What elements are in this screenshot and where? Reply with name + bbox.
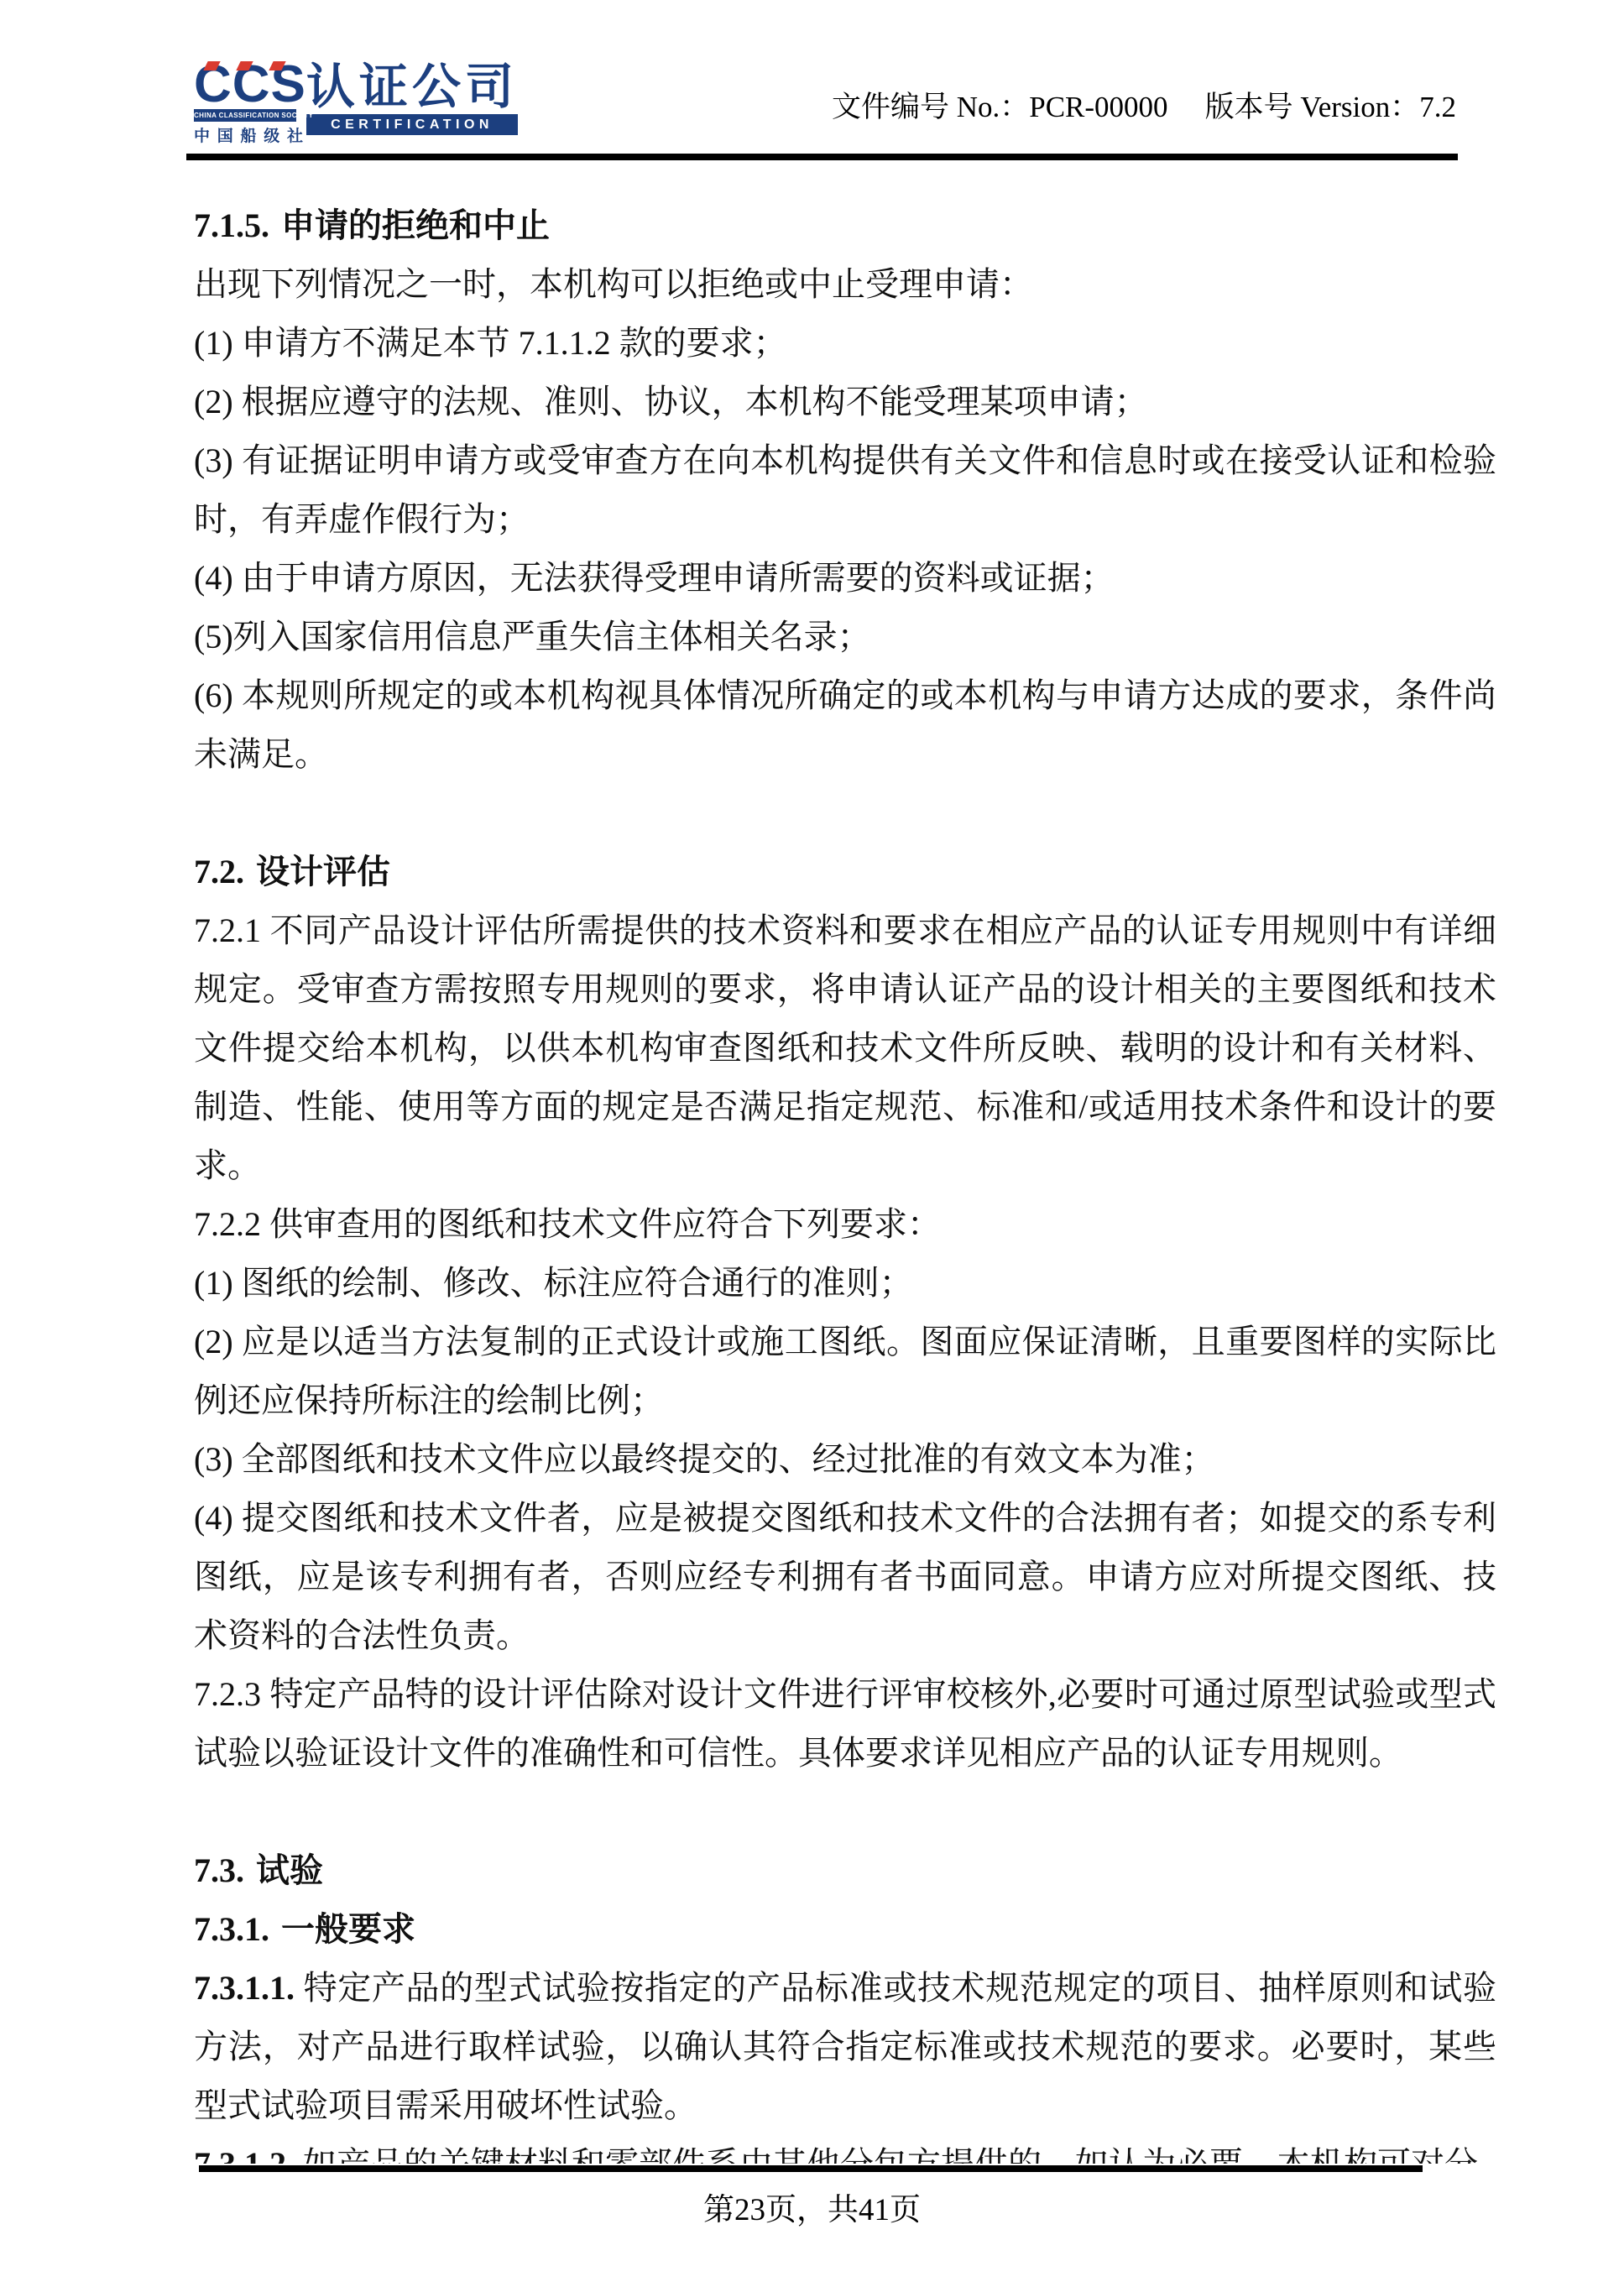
ccs-logo: CCS CHINA CLASSIFICATION SOCIETY 中 国 船 级…	[194, 64, 518, 146]
paragraph-text: (4) 由于申请方原因，无法获得受理申请所需要的资料或证据；	[194, 559, 1115, 597]
paragraph-text: 申请的拒绝和中止	[281, 206, 550, 244]
paragraph: 7.1.5.申请的拒绝和中止	[194, 196, 1496, 255]
paragraph-number: 7.1.5.	[194, 206, 269, 244]
paragraph-text: 一般要求	[281, 1910, 415, 1948]
paragraph-text: 7.2.3 特定产品特的设计评估除对设计文件进行评审校核外,必要时可通过原型试验…	[194, 1675, 1496, 1772]
paragraph: (3) 全部图纸和技术文件应以最终提交的、经过批准的有效文本为准；	[194, 1430, 1496, 1489]
paragraph: 7.3.1.2. 如产品的关键材料和零部件系由其他分包方提供的，如认为必要，本机…	[194, 2135, 1496, 2164]
ccs-logo-left: CCS CHINA CLASSIFICATION SOCIETY 中 国 船 级…	[194, 64, 296, 146]
paragraph-text: 7.2.1 不同产品设计评估所需提供的技术资料和要求在相应产品的认证专用规则中有…	[194, 911, 1496, 1184]
footer-rule	[199, 2165, 1423, 2172]
paragraph-text: (6) 本规则所规定的或本机构视具体情况所确定的或本机构与申请方达成的要求，条件…	[194, 676, 1496, 773]
content: 7.1.5.申请的拒绝和中止出现下列情况之一时，本机构可以拒绝或中止受理申请：(…	[194, 196, 1496, 2164]
paragraph-text: 如产品的关键材料和零部件系由其他分包方提供的，如认为必要，本机构可对分	[295, 2145, 1478, 2164]
paragraph: 7.2.设计评估	[194, 843, 1496, 901]
header-meta: 文件编号 No.：PCR-00000版本号 Version：7.2	[832, 84, 1456, 126]
page-number: 第23页，共41页	[0, 2184, 1624, 2229]
paragraph: (1) 申请方不满足本节 7.1.1.2 款的要求；	[194, 314, 1496, 373]
society-name-cn: 中 国 船 级 社	[194, 123, 296, 146]
paragraph	[194, 784, 1496, 843]
paragraph: 7.3.1.一般要求	[194, 1900, 1496, 1959]
paragraph-number: 7.3.1.1.	[194, 1969, 295, 2007]
paragraph: (6) 本规则所规定的或本机构视具体情况所确定的或本机构与申请方达成的要求，条件…	[194, 666, 1496, 784]
paragraph: (2) 应是以适当方法复制的正式设计或施工图纸。图面应保证清晰，且重要图样的实际…	[194, 1313, 1496, 1430]
paragraph: 7.3.试验	[194, 1841, 1496, 1900]
paragraph: (4) 由于申请方原因，无法获得受理申请所需要的资料或证据；	[194, 549, 1496, 608]
ccs-logo-right: 认证公司 CERTIFICATION	[306, 64, 518, 135]
version-number: 版本号 Version：7.2	[1205, 91, 1456, 123]
paragraph: (3) 有证据证明申请方或受审查方在向本机构提供有关文件和信息时或在接受认证和检…	[194, 431, 1496, 549]
paragraph: 7.2.1 不同产品设计评估所需提供的技术资料和要求在相应产品的认证专用规则中有…	[194, 901, 1496, 1195]
company-name-cn: 认证公司	[306, 64, 518, 111]
paragraph-number: 7.3.1.2.	[194, 2145, 295, 2164]
header-rule	[186, 154, 1458, 160]
paragraph-text: (3) 有证据证明申请方或受审查方在向本机构提供有关文件和信息时或在接受认证和检…	[194, 441, 1496, 538]
paragraph-text: 7.2.2 供审查用的图纸和技术文件应符合下列要求：	[194, 1205, 941, 1243]
certification-label: CERTIFICATION	[306, 114, 518, 135]
ccs-wordmark: CCS	[194, 64, 296, 106]
paragraph: (1) 图纸的绘制、修改、标注应符合通行的准则；	[194, 1254, 1496, 1313]
paragraph-text: 出现下列情况之一时，本机构可以拒绝或中止受理申请：	[194, 265, 1033, 303]
paragraph: 出现下列情况之一时，本机构可以拒绝或中止受理申请：	[194, 255, 1496, 314]
paragraph	[194, 1783, 1496, 1841]
paragraph-number: 7.3.1.	[194, 1910, 269, 1948]
paragraph-text: (2) 应是以适当方法复制的正式设计或施工图纸。图面应保证清晰，且重要图样的实际…	[194, 1323, 1496, 1419]
paragraph-text: (1) 图纸的绘制、修改、标注应符合通行的准则；	[194, 1264, 913, 1302]
paragraph-text: (4) 提交图纸和技术文件者，应是被提交图纸和技术文件的合法拥有者；如提交的系专…	[194, 1499, 1496, 1654]
paragraph: (2) 根据应遵守的法规、准则、协议，本机构不能受理某项申请；	[194, 373, 1496, 431]
paragraph-text: (1) 申请方不满足本节 7.1.1.2 款的要求；	[194, 324, 787, 362]
paragraph: 7.2.2 供审查用的图纸和技术文件应符合下列要求：	[194, 1195, 1496, 1254]
paragraph-text: 特定产品的型式试验按指定的产品标准或技术规范规定的项目、抽样原则和试验方法，对产…	[194, 1969, 1496, 2124]
paragraph-text: (5)列入国家信用信息严重失信主体相关名录；	[194, 618, 871, 655]
paragraph-text: (2) 根据应遵守的法规、准则、协议，本机构不能受理某项申请；	[194, 383, 1148, 420]
paragraph: 7.3.1.1. 特定产品的型式试验按指定的产品标准或技术规范规定的项目、抽样原…	[194, 1959, 1496, 2135]
paragraph-number: 7.3.	[194, 1851, 244, 1889]
paragraph: 7.2.3 特定产品特的设计评估除对设计文件进行评审校核外,必要时可通过原型试验…	[194, 1665, 1496, 1783]
document-page: CCS CHINA CLASSIFICATION SOCIETY 中 国 船 级…	[0, 0, 1624, 2287]
paragraph-text: 试验	[256, 1851, 323, 1889]
document-number: 文件编号 No.：PCR-00000	[832, 91, 1168, 123]
paragraph-text: 设计评估	[256, 853, 390, 890]
paragraph: (5)列入国家信用信息严重失信主体相关名录；	[194, 608, 1496, 666]
paragraph-number: 7.2.	[194, 853, 244, 890]
paragraph-text: (3) 全部图纸和技术文件应以最终提交的、经过批准的有效文本为准；	[194, 1440, 1215, 1478]
paragraph: (4) 提交图纸和技术文件者，应是被提交图纸和技术文件的合法拥有者；如提交的系专…	[194, 1489, 1496, 1665]
